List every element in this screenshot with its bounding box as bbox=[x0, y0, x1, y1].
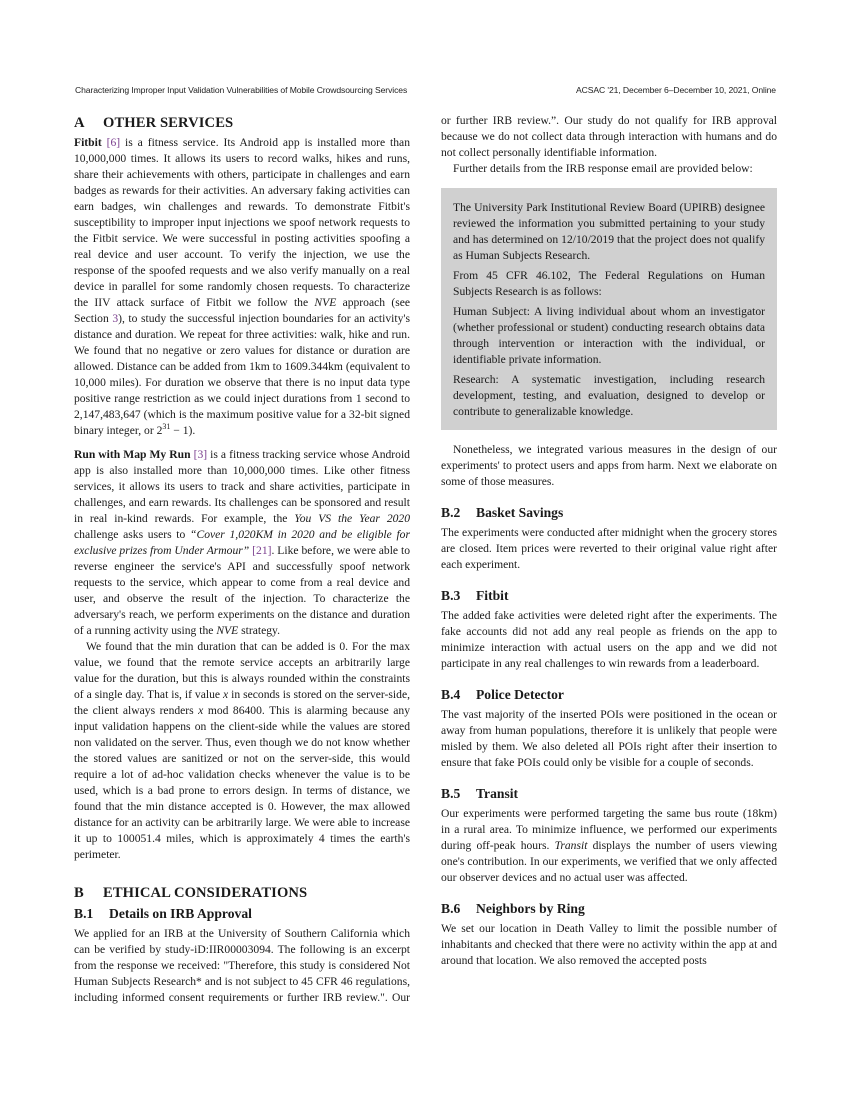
basket-savings-paragraph: The experiments were conducted after mid… bbox=[441, 525, 777, 573]
subsection-b6-heading: B.6Neighbors by Ring bbox=[441, 900, 777, 918]
citation-link[interactable]: [6] bbox=[107, 136, 121, 149]
irb-further-details: Further details from the IRB response em… bbox=[441, 161, 777, 177]
running-header: Characterizing Improper Input Validation… bbox=[75, 85, 776, 95]
irb-response-quote-box: The University Park Institutional Review… bbox=[441, 188, 777, 430]
right-column: or further IRB review.”. Our study do no… bbox=[441, 113, 777, 969]
subsection-title: Police Detector bbox=[476, 687, 564, 702]
fitbit-ethics-paragraph: The added fake activities were deleted r… bbox=[441, 608, 777, 672]
police-detector-paragraph: The vast majority of the inserted POIs w… bbox=[441, 707, 777, 771]
transit-paragraph: Our experiments were performed targeting… bbox=[441, 806, 777, 886]
quote-paragraph: The University Park Institutional Review… bbox=[453, 200, 765, 264]
left-column: AOTHER SERVICES Fitbit [6] is a fitness … bbox=[74, 113, 410, 1006]
irb-paragraph: We applied for an IRB at the University … bbox=[74, 926, 410, 1006]
subsection-title: Details on IRB Approval bbox=[109, 906, 252, 921]
subsection-number: B.1 bbox=[74, 905, 109, 923]
subsection-number: B.3 bbox=[441, 587, 476, 605]
section-number: B bbox=[74, 883, 103, 903]
subsection-number: B.2 bbox=[441, 504, 476, 522]
running-header-title: Characterizing Improper Input Validation… bbox=[75, 85, 407, 95]
section-number: A bbox=[74, 113, 103, 133]
subsection-number: B.6 bbox=[441, 900, 476, 918]
nve-term: NVE bbox=[314, 296, 336, 309]
subsection-title: Transit bbox=[476, 786, 518, 801]
quote-paragraph: From 45 CFR 46.102, The Federal Regulati… bbox=[453, 268, 765, 300]
subsection-title: Basket Savings bbox=[476, 505, 563, 520]
running-header-venue: ACSAC '21, December 6–December 10, 2021,… bbox=[576, 85, 776, 95]
subsection-b3-heading: B.3Fitbit bbox=[441, 587, 777, 605]
subsection-title: Neighbors by Ring bbox=[476, 901, 585, 916]
nve-term: NVE bbox=[216, 624, 238, 637]
section-b-heading: BETHICAL CONSIDERATIONS bbox=[74, 883, 410, 903]
text: is a fitness service. Its Android app is… bbox=[74, 136, 410, 309]
mapmyrun-paragraph: Run with Map My Run [3] is a fitness tra… bbox=[74, 447, 410, 639]
text: − 1). bbox=[170, 424, 195, 437]
subsection-b4-heading: B.4Police Detector bbox=[441, 686, 777, 704]
subsection-b5-heading: B.5Transit bbox=[441, 785, 777, 803]
citation-link[interactable]: [3] bbox=[194, 448, 208, 461]
challenge-name: You VS the Year 2020 bbox=[294, 512, 410, 525]
text: challenge asks users to bbox=[74, 528, 190, 541]
text: strategy. bbox=[238, 624, 280, 637]
subsection-number: B.5 bbox=[441, 785, 476, 803]
section-a-heading: AOTHER SERVICES bbox=[74, 113, 410, 133]
section-title: OTHER SERVICES bbox=[103, 115, 233, 131]
neighbors-paragraph: We set our location in Death Valley to l… bbox=[441, 921, 777, 969]
quote-paragraph: Human Subject: A living individual about… bbox=[453, 304, 765, 368]
fitbit-paragraph: Fitbit [6] is a fitness service. Its And… bbox=[74, 135, 410, 439]
transit-term: Transit bbox=[555, 839, 588, 852]
section-title: ETHICAL CONSIDERATIONS bbox=[103, 885, 307, 901]
text: mod 86400. This is alarming because any … bbox=[74, 704, 410, 861]
mapmyrun-paragraph-2: We found that the min duration that can … bbox=[74, 639, 410, 863]
mapmyrun-lead: Run with Map My Run bbox=[74, 448, 191, 461]
subsection-b1-heading: B.1Details on IRB Approval bbox=[74, 905, 410, 923]
text: ), to study the successful injection bou… bbox=[74, 312, 410, 437]
irb-paragraph-continued: or further IRB review.”. Our study do no… bbox=[441, 113, 777, 161]
citation-link[interactable]: [21] bbox=[252, 544, 271, 557]
subsection-number: B.4 bbox=[441, 686, 476, 704]
measures-paragraph: Nonetheless, we integrated various measu… bbox=[441, 442, 777, 490]
subsection-title: Fitbit bbox=[476, 588, 508, 603]
fitbit-lead: Fitbit bbox=[74, 136, 102, 149]
subsection-b2-heading: B.2Basket Savings bbox=[441, 504, 777, 522]
quote-paragraph: Research: A systematic investigation, in… bbox=[453, 372, 765, 420]
